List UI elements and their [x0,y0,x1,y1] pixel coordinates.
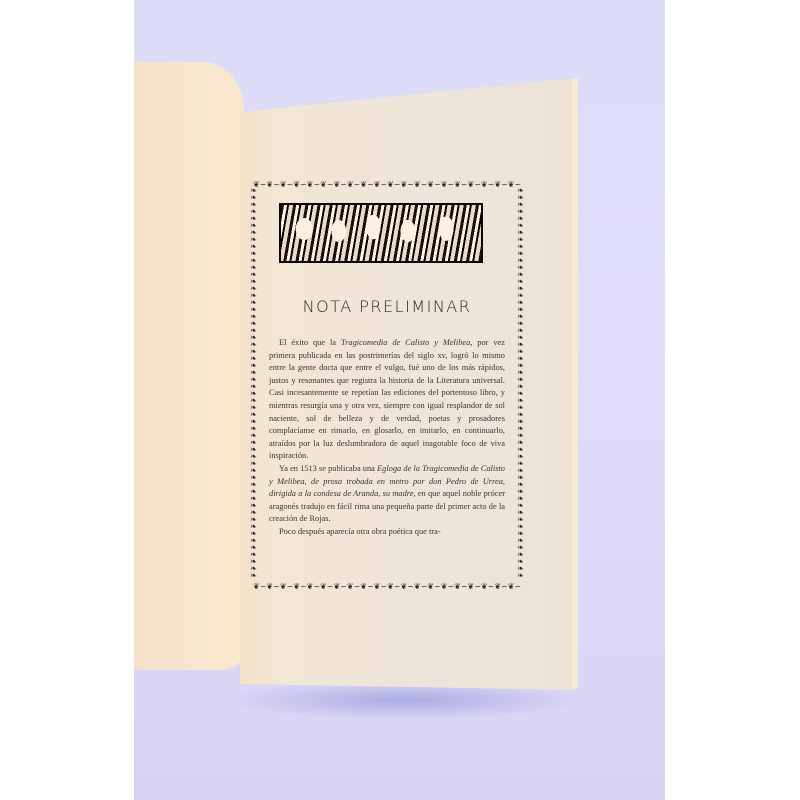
body-text: El éxito que la Tragicomedia de Calisto … [269,337,505,539]
ornamental-frame: ❦∽❦∽❦∽❦∽❦∽❦∽❦∽❦∽❦∽❦∽❦∽❦∽❦∽❦∽❦∽❦∽❦∽❦∽❦∽❦∽… [249,181,525,591]
text-run: Ya en 1513 se publicaba una [279,464,377,473]
left-page-curl [134,62,244,670]
page-edge [572,78,578,688]
text-run: Poco después aparecía otra obra poética … [279,527,441,536]
paragraph-2: Ya en 1513 se publicaba una Egloga de la… [269,463,505,526]
woodcut-cherubs-illustration [279,203,483,263]
paragraph-1: El éxito que la Tragicomedia de Calisto … [269,337,505,463]
ornament-border-left: ❧❧❧❧❧❧❧❧❧❧❧❧❧❧❧❧❧❧❧❧❧❧❧❧❧❧❧❧❧❧❧❧❧❧❧❧❧❧❧❧… [249,187,258,585]
cherub-figures [285,211,477,251]
ornament-border-bottom: ❦∽❦∽❦∽❦∽❦∽❦∽❦∽❦∽❦∽❦∽❦∽❦∽❦∽❦∽❦∽❦∽❦∽❦∽❦∽❦∽… [253,583,521,591]
ornament-border-top: ❦∽❦∽❦∽❦∽❦∽❦∽❦∽❦∽❦∽❦∽❦∽❦∽❦∽❦∽❦∽❦∽❦∽❦∽❦∽❦∽… [253,181,521,189]
text-run: , por vez primera publicada en las postr… [269,338,505,460]
ornament-border-right: ❧❧❧❧❧❧❧❧❧❧❧❧❧❧❧❧❧❧❧❧❧❧❧❧❧❧❧❧❧❧❧❧❧❧❧❧❧❧❧❧… [516,187,525,585]
paragraph-3: Poco después aparecía otra obra poética … [269,526,505,539]
text-run: El éxito que la [279,338,341,347]
book-photo: ❦∽❦∽❦∽❦∽❦∽❦∽❦∽❦∽❦∽❦∽❦∽❦∽❦∽❦∽❦∽❦∽❦∽❦∽❦∽❦∽… [134,0,665,800]
italic-title-run: Tragicomedia de Calisto y Melibea [341,338,470,347]
page-title: NOTA PRELIMINAR [249,297,525,316]
